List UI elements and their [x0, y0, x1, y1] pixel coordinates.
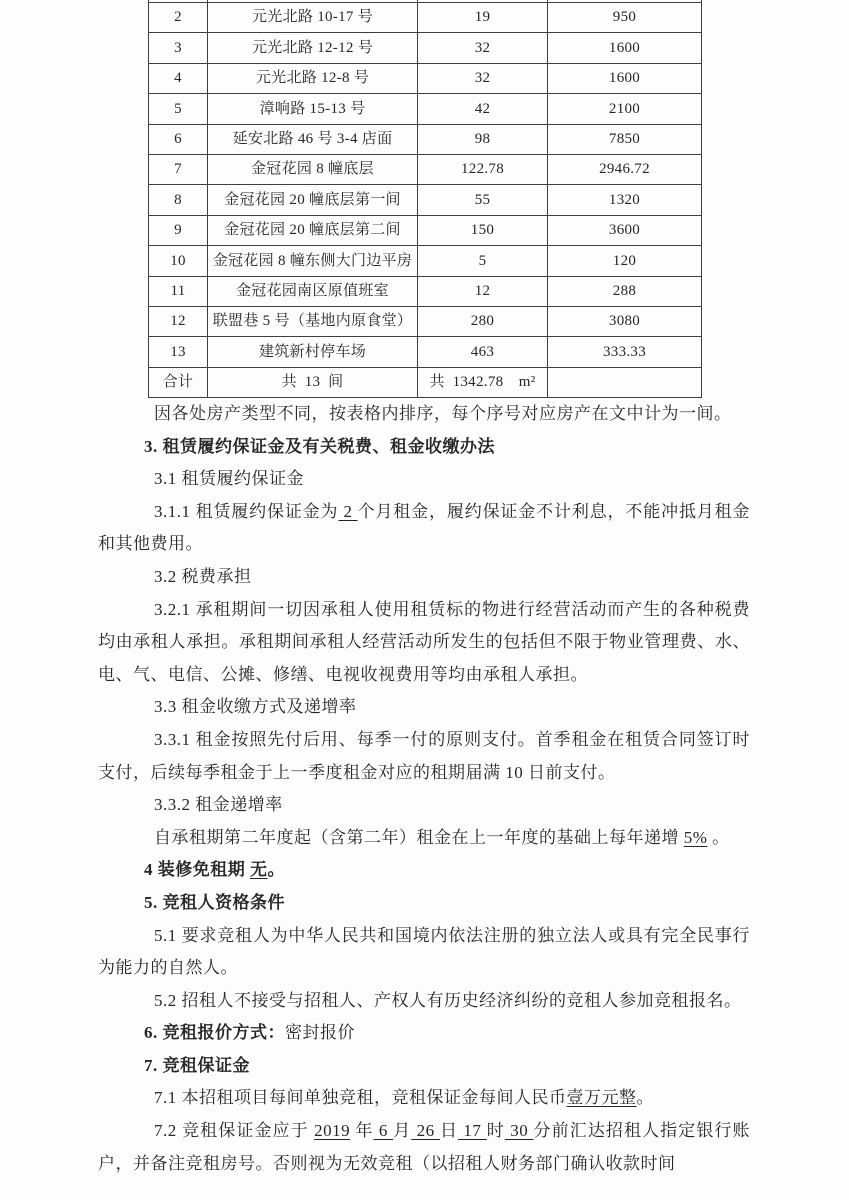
table-row: 12联盟巷 5 号（基地内原食堂）2803080	[149, 306, 702, 336]
cell-no: 13	[149, 337, 208, 367]
cell-area: 32	[418, 33, 548, 63]
cell-location: 建筑新村停车场	[208, 337, 418, 367]
cell-rent: 288	[548, 276, 702, 306]
cell-location: 共 13 间	[208, 367, 418, 397]
text-segment: 5. 竞租人资格条件	[144, 893, 285, 912]
heading-4: 4 装修免租期 无。	[98, 854, 750, 887]
text-segment: 3.3.2 租金递增率	[154, 795, 283, 814]
cell-location: 金冠花园 20 幢底层第二间	[208, 215, 418, 245]
para-3-3-1: 3.3.1 租金按照先付后用、每季一付的原则支付。首季租金在租赁合同签订时支付，…	[98, 724, 750, 789]
heading-5: 5. 竞租人资格条件	[98, 887, 750, 920]
cell-no: 4	[149, 63, 208, 93]
cell-area: 122.78	[418, 154, 548, 184]
heading-6: 6. 竞租报价方式：密封报价	[98, 1017, 750, 1050]
text-segment-underlined: 26	[411, 1121, 440, 1140]
text-segment: 3.2 税费承担	[154, 567, 252, 586]
cell-rent: 1600	[548, 33, 702, 63]
table-row: 10金冠花园 8 幢东侧大门边平房5120	[149, 246, 702, 276]
para-3-3: 3.3 租金收缴方式及递增率	[98, 691, 750, 724]
cell-area: 150	[418, 215, 548, 245]
cell-area: 463	[418, 337, 548, 367]
table-row: 3元光北路 12-12 号321600	[149, 33, 702, 63]
cell-area: 19	[418, 3, 548, 33]
cell-location: 延安北路 46 号 3-4 店面	[208, 124, 418, 154]
cell-no: 8	[149, 185, 208, 215]
cell-rent: 3080	[548, 306, 702, 336]
text-segment: 3.1 租赁履约保证金	[154, 469, 304, 488]
cell-area: 12	[418, 276, 548, 306]
cell-area: 55	[418, 185, 548, 215]
text-segment: 6. 竞租报价方式：	[144, 1023, 285, 1042]
para-3-2: 3.2 税费承担	[98, 561, 750, 594]
cell-rent: 7850	[548, 124, 702, 154]
cell-no: 5	[149, 94, 208, 124]
cell-rent: 3600	[548, 215, 702, 245]
text-segment: 3.3 租金收缴方式及递增率	[154, 697, 357, 716]
text-segment: 密封报价	[285, 1023, 355, 1042]
cell-rent: 1600	[548, 63, 702, 93]
text-segment-underlined: 2019	[314, 1121, 350, 1140]
table-row: 4元光北路 12-8 号321600	[149, 63, 702, 93]
table-row: 9金冠花园 20 幢底层第二间1503600	[149, 215, 702, 245]
cell-no: 12	[149, 306, 208, 336]
table-row: 7金冠花园 8 幢底层122.782946.72	[149, 154, 702, 184]
para-rent-increase: 自承租期第二年度起（含第二年）租金在上一年度的基础上每年递增 5% 。	[98, 822, 750, 855]
cell-no: 2	[149, 3, 208, 33]
heading-7: 7. 竞租保证金	[98, 1050, 750, 1083]
cell-no: 6	[149, 124, 208, 154]
cell-location: 联盟巷 5 号（基地内原食堂）	[208, 306, 418, 336]
para-3-1-1: 3.1.1 租赁履约保证金为 2 个月租金，履约保证金不计利息，不能冲抵月租金和…	[98, 496, 750, 561]
cell-area: 98	[418, 124, 548, 154]
text-segment-underlined: 壹万元整	[567, 1088, 637, 1107]
text-segment-underlined: 无	[250, 860, 268, 879]
cell-no: 10	[149, 246, 208, 276]
text-segment-underlined: 30	[505, 1121, 534, 1140]
text-segment: 3.1.1 租赁履约保证金为	[154, 502, 338, 521]
para-3-3-2: 3.3.2 租金递增率	[98, 789, 750, 822]
table-row: 13建筑新村停车场463333.33	[149, 337, 702, 367]
text-segment: 7. 竞租保证金	[144, 1056, 250, 1075]
text-segment: 4 装修免租期	[144, 860, 250, 879]
text-segment: 3.2.1 承租期间一切因承租人使用租赁标的物进行经营活动而产生的各种税费均由承…	[98, 600, 750, 684]
text-segment: 年	[350, 1121, 373, 1140]
para-3-2-1: 3.2.1 承租期间一切因承租人使用租赁标的物进行经营活动而产生的各种税费均由承…	[98, 594, 750, 692]
text-segment: 。	[707, 828, 729, 847]
para-5-1: 5.1 要求竞租人为中华人民共和国境内依法注册的独立法人或具有完全民事行为能力的…	[98, 920, 750, 985]
property-table-body: 2元光北路 10-17 号199503元光北路 12-12 号3216004元光…	[149, 0, 702, 398]
text-segment: 因各处房产类型不同，按表格内排序，每个序号对应房产在文中计为一间。	[154, 404, 732, 423]
cell-no: 合计	[149, 367, 208, 397]
para-7-2: 7.2 竞租保证金应于 2019 年 6 月 26 日 17 时 30 分前汇达…	[98, 1115, 750, 1180]
text-segment: 7.1 本招租项目每间单独竞租，竞租保证金每间人民币	[154, 1088, 567, 1107]
property-table: 2元光北路 10-17 号199503元光北路 12-12 号3216004元光…	[148, 0, 702, 398]
text-segment: 7.2 竞租保证金应于	[154, 1121, 314, 1140]
cell-area: 共 1342.78 m²	[418, 367, 548, 397]
cell-area: 5	[418, 246, 548, 276]
text-segment: 5.1 要求竞租人为中华人民共和国境内依法注册的独立法人或具有完全民事行为能力的…	[98, 926, 750, 978]
cell-rent: 120	[548, 246, 702, 276]
cell-no: 9	[149, 215, 208, 245]
cell-rent: 2946.72	[548, 154, 702, 184]
cell-location: 元光北路 12-8 号	[208, 63, 418, 93]
cell-area: 42	[418, 94, 548, 124]
text-segment: 。	[268, 860, 286, 879]
table-row: 5漳响路 15-13 号422100	[149, 94, 702, 124]
para-table-note: 因各处房产类型不同，按表格内排序，每个序号对应房产在文中计为一间。	[98, 398, 750, 431]
heading-3: 3. 租赁履约保证金及有关税费、租金收缴办法	[98, 431, 750, 464]
cell-rent: 2100	[548, 94, 702, 124]
para-5-2: 5.2 招租人不接受与招租人、产权人有历史经济纠纷的竞租人参加竞租报名。	[98, 985, 750, 1018]
table-row-total: 合计共 13 间共 1342.78 m²	[149, 367, 702, 397]
para-7-1: 7.1 本招租项目每间单独竞租，竞租保证金每间人民币壹万元整。	[98, 1082, 750, 1115]
text-segment: 5.2 招租人不接受与招租人、产权人有历史经济纠纷的竞租人参加竞租报名。	[154, 991, 742, 1010]
table-row: 11金冠花园南区原值班室12288	[149, 276, 702, 306]
cell-location: 元光北路 10-17 号	[208, 3, 418, 33]
cell-area: 280	[418, 306, 548, 336]
text-segment-underlined: 5%	[684, 828, 708, 847]
cell-location: 金冠花园 8 幢底层	[208, 154, 418, 184]
cell-location: 元光北路 12-12 号	[208, 33, 418, 63]
cell-no: 11	[149, 276, 208, 306]
cell-no: 7	[149, 154, 208, 184]
cell-rent: 333.33	[548, 337, 702, 367]
text-segment: 3.3.1 租金按照先付后用、每季一付的原则支付。首季租金在租赁合同签订时支付，…	[98, 730, 750, 782]
text-segment: 自承租期第二年度起（含第二年）租金在上一年度的基础上每年递增	[154, 828, 684, 847]
text-segment: 日	[440, 1121, 458, 1140]
cell-no: 3	[149, 33, 208, 63]
table-row: 2元光北路 10-17 号19950	[149, 3, 702, 33]
table-row: 6延安北路 46 号 3-4 店面987850	[149, 124, 702, 154]
cell-location: 金冠花园 20 幢底层第一间	[208, 185, 418, 215]
text-segment-underlined: 2	[338, 502, 357, 521]
text-segment-underlined: 17	[458, 1121, 487, 1140]
document-page: 2元光北路 10-17 号199503元光北路 12-12 号3216004元光…	[0, 0, 849, 1200]
cell-rent	[548, 367, 702, 397]
cell-location: 金冠花园南区原值班室	[208, 276, 418, 306]
cell-location: 金冠花园 8 幢东侧大门边平房	[208, 246, 418, 276]
cell-area: 32	[418, 63, 548, 93]
text-segment: 时	[487, 1121, 505, 1140]
cell-rent: 1320	[548, 185, 702, 215]
text-segment-underlined: 6	[374, 1121, 394, 1140]
text-segment: 月	[393, 1121, 411, 1140]
cell-rent: 950	[548, 3, 702, 33]
cell-location: 漳响路 15-13 号	[208, 94, 418, 124]
para-3-1: 3.1 租赁履约保证金	[98, 463, 750, 496]
text-segment: 3. 租赁履约保证金及有关税费、租金收缴办法	[144, 437, 495, 456]
text-block: 因各处房产类型不同，按表格内排序，每个序号对应房产在文中计为一间。3. 租赁履约…	[98, 398, 750, 1180]
text-segment: 。	[637, 1088, 655, 1107]
table-row: 8金冠花园 20 幢底层第一间551320	[149, 185, 702, 215]
